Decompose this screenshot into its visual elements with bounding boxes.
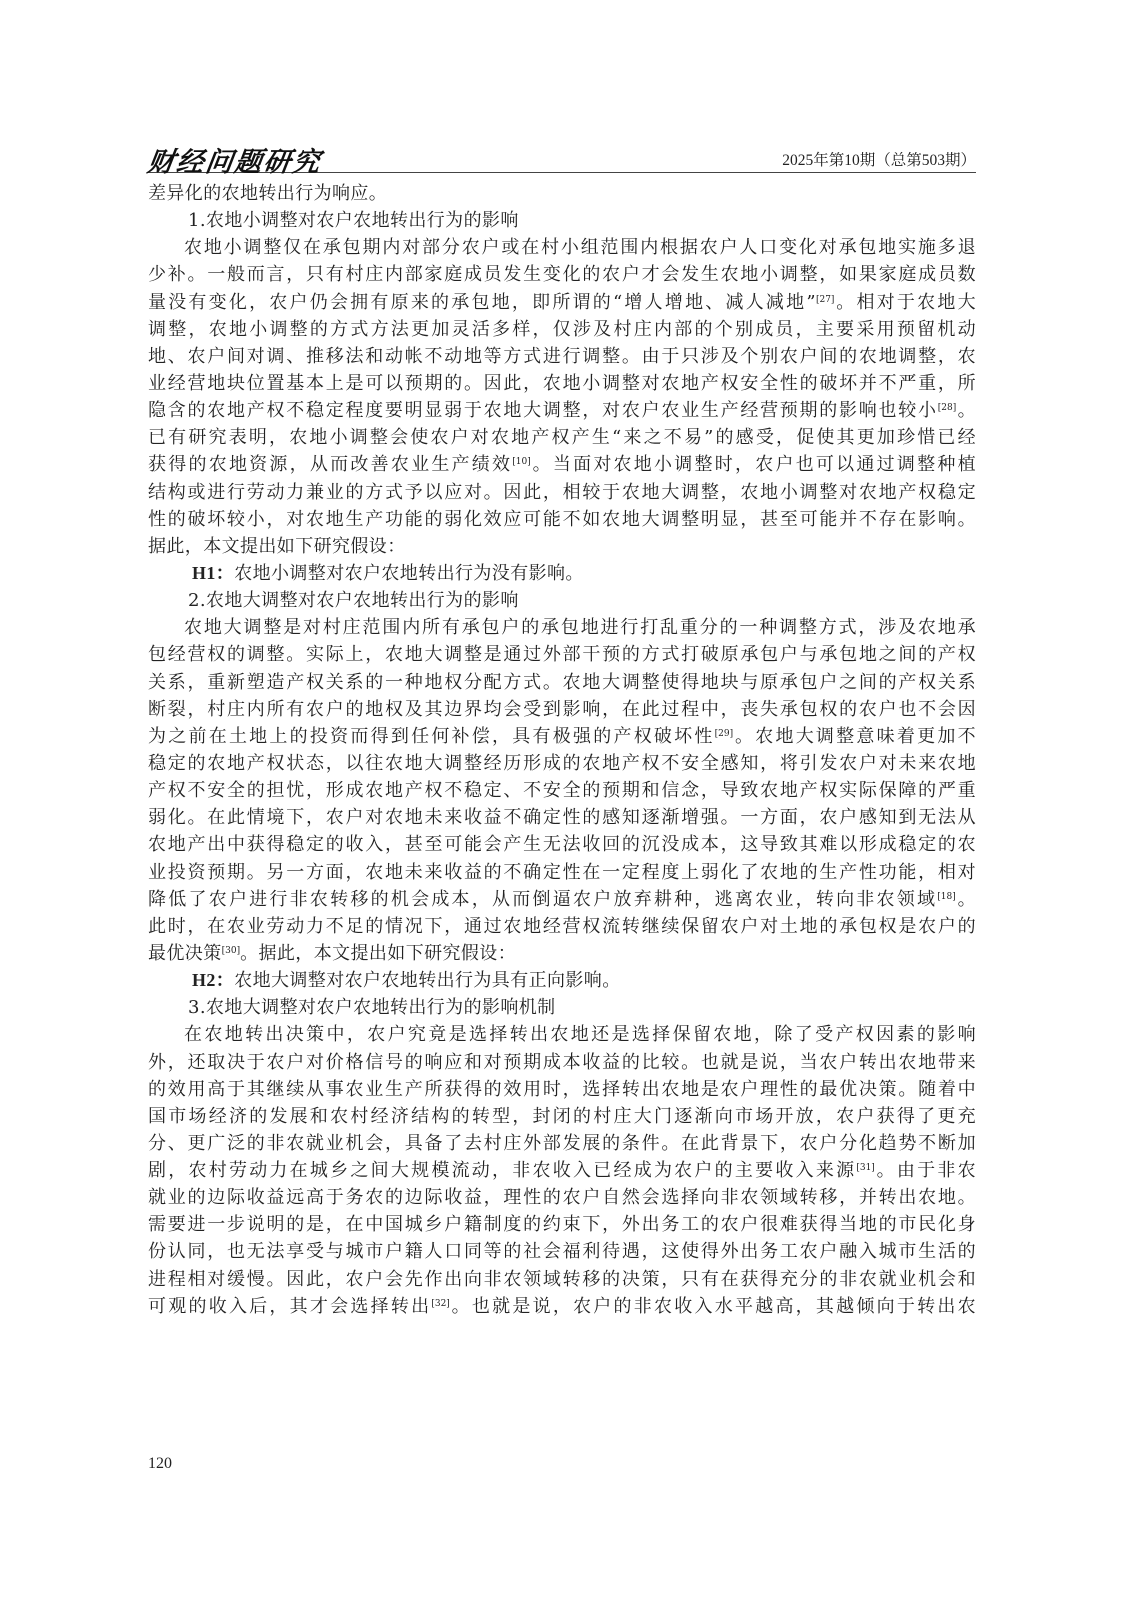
paragraph-line: 进程相对缓慢。因此，农户会先作出向非农领域转移的决策，只有在获得充分的非农就业机…	[148, 1266, 976, 1293]
line-text: 为之前在土地上的投资而得到任何补偿，具有极强的产权破坏性	[148, 726, 715, 747]
line-text: 稳定的农地产权状态，以往农地大调整经历形成的农地产权不安全感知，将引发农户对未来…	[148, 753, 976, 774]
paragraph-line: 据此，本文提出如下研究假设：	[148, 533, 976, 560]
line-text: 农地产出中获得稳定的收入，甚至可能会产生无法收回的沉没成本，这导致其难以形成稳定…	[148, 834, 976, 855]
line-text: 可观的收入后，其才会选择转出	[148, 1296, 431, 1317]
line-text: 业经营地块位置基本上是可以预期的。因此，农地小调整对农地产权安全性的破坏并不严重…	[148, 373, 976, 394]
paragraph-line: 农地产出中获得稳定的收入，甚至可能会产生无法收回的沉没成本，这导致其难以形成稳定…	[148, 831, 976, 858]
line-text-tail: 。	[956, 889, 976, 910]
paragraph-line: 关系，重新塑造产权关系的一种地权分配方式。农地大调整使得地块与原承包户之间的产权…	[148, 669, 976, 696]
citation-ref: [30]	[222, 946, 240, 956]
hypothesis: H2：农地大调整对农户农地转出行为具有正向影响。	[148, 967, 976, 994]
line-text: 3.农地大调整对农户农地转出行为的影响机制	[188, 997, 556, 1018]
paragraph-line: 业投资预期。另一方面，农地未来收益的不确定性在一定程度上弱化了农地的生产性功能，…	[148, 859, 976, 886]
line-text: 分、更广泛的非农就业机会，具备了去村庄外部发展的条件。在此背景下，农户分化趋势不…	[148, 1133, 976, 1154]
paragraph-line: 国市场经济的发展和农村经济结构的转型，封闭的村庄大门逐渐向市场开放，农户获得了更…	[148, 1103, 976, 1130]
citation-ref: [28]	[938, 403, 956, 413]
hypothesis-label: H2：	[192, 970, 234, 990]
line-text: 农地小调整仅在承包期内对部分农户或在村小组范围内根据农户人口变化对承包地实施多退	[184, 237, 976, 258]
line-text: 降低了农户进行非农转移的机会成本，从而倒逼农户放弃耕种，逃离农业，转向非农领域	[148, 889, 937, 910]
journal-logo: 财经问题研究	[145, 140, 324, 179]
citation-ref: [27]	[816, 295, 834, 305]
paragraph-line: 地、农户间对调、推移法和动帐不动地等方式进行调整。由于只涉及个别农户间的农地调整…	[148, 343, 976, 370]
line-text-tail: 。	[956, 400, 976, 421]
paragraph-line: 剧，农村劳动力在城乡之间大规模流动，非农收入已经成为农户的主要收入来源[31]。…	[148, 1157, 976, 1184]
line-text: 的效用高于其继续从事农业生产所获得的效用时，选择转出农地是农户理性的最优决策。随…	[148, 1079, 976, 1100]
line-text-tail: 。也就是说，农户的非农收入水平越高，其越倾向于转出农	[450, 1296, 976, 1317]
citation-ref: [10]	[512, 457, 530, 467]
paragraph-line: 农地大调整是对村庄范围内所有承包户的承包地进行打乱重分的一种调整方式，涉及农地承	[148, 614, 976, 641]
line-text: 进程相对缓慢。因此，农户会先作出向非农领域转移的决策，只有在获得充分的非农就业机…	[148, 1269, 976, 1290]
line-text-tail: 。由于非农	[875, 1160, 976, 1181]
paragraph-line: 业经营地块位置基本上是可以预期的。因此，农地小调整对农地产权安全性的破坏并不严重…	[148, 370, 976, 397]
line-text: 产权不安全的担忧，形成农地产权不稳定、不安全的预期和信念，导致农地产权实际保障的…	[148, 780, 976, 801]
line-text: 外，还取决于农户对价格信号的响应和对预期成本收益的比较。也就是说，当农户转出农地…	[148, 1052, 976, 1073]
line-text: 在农地转出决策中，农户究竟是选择转出农地还是选择保留农地，除了受产权因素的影响	[184, 1024, 976, 1045]
line-text: 性的破坏较小，对农地生产功能的弱化效应可能不如农地大调整明显，甚至可能并不存在影…	[148, 509, 976, 530]
paragraph-line: 获得的农地资源，从而改善农业生产绩效[10]。当面对农地小调整时，农户也可以通过…	[148, 451, 976, 478]
citation-ref: [29]	[715, 729, 733, 739]
line-text: 断裂，村庄内所有农户的地权及其边界均会受到影响，在此过程中，丧失承包权的农户也不…	[148, 699, 976, 720]
line-text-tail: 。据此，本文提出如下研究假设：	[240, 943, 516, 964]
line-text: 关系，重新塑造产权关系的一种地权分配方式。农地大调整使得地块与原承包户之间的产权…	[148, 672, 976, 693]
paragraph-line: 的效用高于其继续从事农业生产所获得的效用时，选择转出农地是农户理性的最优决策。随…	[148, 1076, 976, 1103]
paragraph-line: 弱化。在此情境下，农户对农地未来收益不确定性的感知逐渐增强。一方面，农户感知到无…	[148, 804, 976, 831]
section-heading: 1.农地小调整对农户农地转出行为的影响	[148, 207, 976, 234]
paragraph-line: 差异化的农地转出行为响应。	[148, 180, 976, 207]
line-text: 获得的农地资源，从而改善农业生产绩效	[148, 454, 512, 475]
paragraph-line: 产权不安全的担忧，形成农地产权不稳定、不安全的预期和信念，导致农地产权实际保障的…	[148, 777, 976, 804]
paragraph-line: 性的破坏较小，对农地生产功能的弱化效应可能不如农地大调整明显，甚至可能并不存在影…	[148, 506, 976, 533]
paragraph-line: 包经营权的调整。实际上，农地大调整是通过外部干预的方式打破原承包户与承包地之间的…	[148, 641, 976, 668]
line-text: 农地大调整对农户农地转出行为具有正向影响。	[234, 970, 620, 991]
paragraph-line: 结构或进行劳动力兼业的方式予以应对。因此，相较于农地大调整，农地小调整对农地产权…	[148, 479, 976, 506]
page-number: 120	[148, 1455, 172, 1473]
hypothesis-label: H1：	[192, 563, 234, 583]
line-text: 包经营权的调整。实际上，农地大调整是通过外部干预的方式打破原承包户与承包地之间的…	[148, 644, 976, 665]
paragraph-line: 可观的收入后，其才会选择转出[32]。也就是说，农户的非农收入水平越高，其越倾向…	[148, 1293, 976, 1320]
paragraph-line: 在农地转出决策中，农户究竟是选择转出农地还是选择保留农地，除了受产权因素的影响	[148, 1021, 976, 1048]
paragraph-line: 少补。一般而言，只有村庄内部家庭成员发生变化的农户才会发生农地小调整，如果家庭成…	[148, 261, 976, 288]
line-text: 少补。一般而言，只有村庄内部家庭成员发生变化的农户才会发生农地小调整，如果家庭成…	[148, 264, 976, 285]
line-text: 此时，在农业劳动力不足的情况下，通过农地经营权流转继续保留农户对土地的承包权是农…	[148, 916, 976, 937]
paragraph-line: 断裂，村庄内所有农户的地权及其边界均会受到影响，在此过程中，丧失承包权的农户也不…	[148, 696, 976, 723]
running-header: 财经问题研究 2025年第10期（总第503期）	[148, 140, 976, 173]
line-text: 隐含的农地产权不稳定程度要明显弱于农地大调整，对农户农业生产经营预期的影响也较小	[148, 400, 938, 421]
paragraph-line: 量没有变化，农户仍会拥有原来的承包地，即所谓的“增人增地、减人减地”[27]。相…	[148, 289, 976, 316]
citation-ref: [32]	[431, 1299, 449, 1309]
line-text: 国市场经济的发展和农村经济结构的转型，封闭的村庄大门逐渐向市场开放，农户获得了更…	[148, 1106, 976, 1127]
section-heading: 2.农地大调整对农户农地转出行为的影响	[148, 587, 976, 614]
paragraph-line: 外，还取决于农户对价格信号的响应和对预期成本收益的比较。也就是说，当农户转出农地…	[148, 1049, 976, 1076]
paragraph-line: 农地小调整仅在承包期内对部分农户或在村小组范围内根据农户人口变化对承包地实施多退	[148, 234, 976, 261]
line-text: 剧，农村劳动力在城乡之间大规模流动，非农收入已经成为农户的主要收入来源	[148, 1160, 856, 1181]
line-text-tail: 。农地大调整意味着更加不	[733, 726, 976, 747]
line-text-tail: 。当面对农地小调整时，农户也可以通过调整种植	[531, 454, 976, 475]
line-text: 业投资预期。另一方面，农地未来收益的不确定性在一定程度上弱化了农地的生产性功能，…	[148, 862, 976, 883]
line-text: 份认同，也无法享受与城市户籍人口同等的社会福利待遇，这使得外出务工农户融入城市生…	[148, 1241, 976, 1262]
citation-ref: [18]	[937, 892, 955, 902]
article-body: 差异化的农地转出行为响应。1.农地小调整对农户农地转出行为的影响农地小调整仅在承…	[148, 180, 976, 1320]
issue-info: 2025年第10期（总第503期）	[782, 148, 976, 170]
line-text: 农地大调整是对村庄范围内所有承包户的承包地进行打乱重分的一种调整方式，涉及农地承	[184, 617, 976, 638]
paragraph-line: 就业的边际收益远高于务农的边际收益，理性的农户自然会选择向非农领域转移，并转出农…	[148, 1184, 976, 1211]
line-text: 差异化的农地转出行为响应。	[148, 183, 387, 204]
paragraph-line: 调整，农地小调整的方式方法更加灵活多样，仅涉及村庄内部的个别成员，主要采用预留机…	[148, 316, 976, 343]
paragraph-line: 已有研究表明，农地小调整会使农户对农地产权产生“来之不易”的感受，促使其更加珍惜…	[148, 424, 976, 451]
paragraph-line: 最优决策[30]。据此，本文提出如下研究假设：	[148, 940, 976, 967]
line-text: 量没有变化，农户仍会拥有原来的承包地，即所谓的“增人增地、减人减地”	[148, 292, 816, 313]
paragraph-line: 份认同，也无法享受与城市户籍人口同等的社会福利待遇，这使得外出务工农户融入城市生…	[148, 1238, 976, 1265]
section-heading: 3.农地大调整对农户农地转出行为的影响机制	[148, 994, 976, 1021]
paragraph-line: 分、更广泛的非农就业机会，具备了去村庄外部发展的条件。在此背景下，农户分化趋势不…	[148, 1130, 976, 1157]
line-text: 农地小调整对农户农地转出行为没有影响。	[234, 563, 584, 584]
paragraph-line: 需要进一步说明的是，在中国城乡户籍制度的约束下，外出务工的农户很难获得当地的市民…	[148, 1211, 976, 1238]
hypothesis: H1：农地小调整对农户农地转出行为没有影响。	[148, 560, 976, 587]
line-text: 最优决策	[148, 943, 222, 964]
line-text: 据此，本文提出如下研究假设：	[148, 536, 406, 557]
line-text: 已有研究表明，农地小调整会使农户对农地产权产生“来之不易”的感受，促使其更加珍惜…	[148, 427, 976, 448]
line-text: 弱化。在此情境下，农户对农地未来收益不确定性的感知逐渐增强。一方面，农户感知到无…	[148, 807, 976, 828]
line-text-tail: 。相对于农地大	[834, 292, 976, 313]
paragraph-line: 稳定的农地产权状态，以往农地大调整经历形成的农地产权不安全感知，将引发农户对未来…	[148, 750, 976, 777]
paragraph-line: 降低了农户进行非农转移的机会成本，从而倒逼农户放弃耕种，逃离农业，转向非农领域[…	[148, 886, 976, 913]
line-text: 就业的边际收益远高于务农的边际收益，理性的农户自然会选择向非农领域转移，并转出农…	[148, 1187, 976, 1208]
line-text: 地、农户间对调、推移法和动帐不动地等方式进行调整。由于只涉及个别农户间的农地调整…	[148, 346, 976, 367]
line-text: 需要进一步说明的是，在中国城乡户籍制度的约束下，外出务工的农户很难获得当地的市民…	[148, 1214, 976, 1235]
line-text: 调整，农地小调整的方式方法更加灵活多样，仅涉及村庄内部的个别成员，主要采用预留机…	[148, 319, 976, 340]
paragraph-line: 隐含的农地产权不稳定程度要明显弱于农地大调整，对农户农业生产经营预期的影响也较小…	[148, 397, 976, 424]
line-text: 结构或进行劳动力兼业的方式予以应对。因此，相较于农地大调整，农地小调整对农地产权…	[148, 482, 976, 503]
paragraph-line: 此时，在农业劳动力不足的情况下，通过农地经营权流转继续保留农户对土地的承包权是农…	[148, 913, 976, 940]
line-text: 1.农地小调整对农户农地转出行为的影响	[188, 210, 519, 231]
paragraph-line: 为之前在土地上的投资而得到任何补偿，具有极强的产权破坏性[29]。农地大调整意味…	[148, 723, 976, 750]
line-text: 2.农地大调整对农户农地转出行为的影响	[188, 590, 519, 611]
citation-ref: [31]	[856, 1163, 874, 1173]
